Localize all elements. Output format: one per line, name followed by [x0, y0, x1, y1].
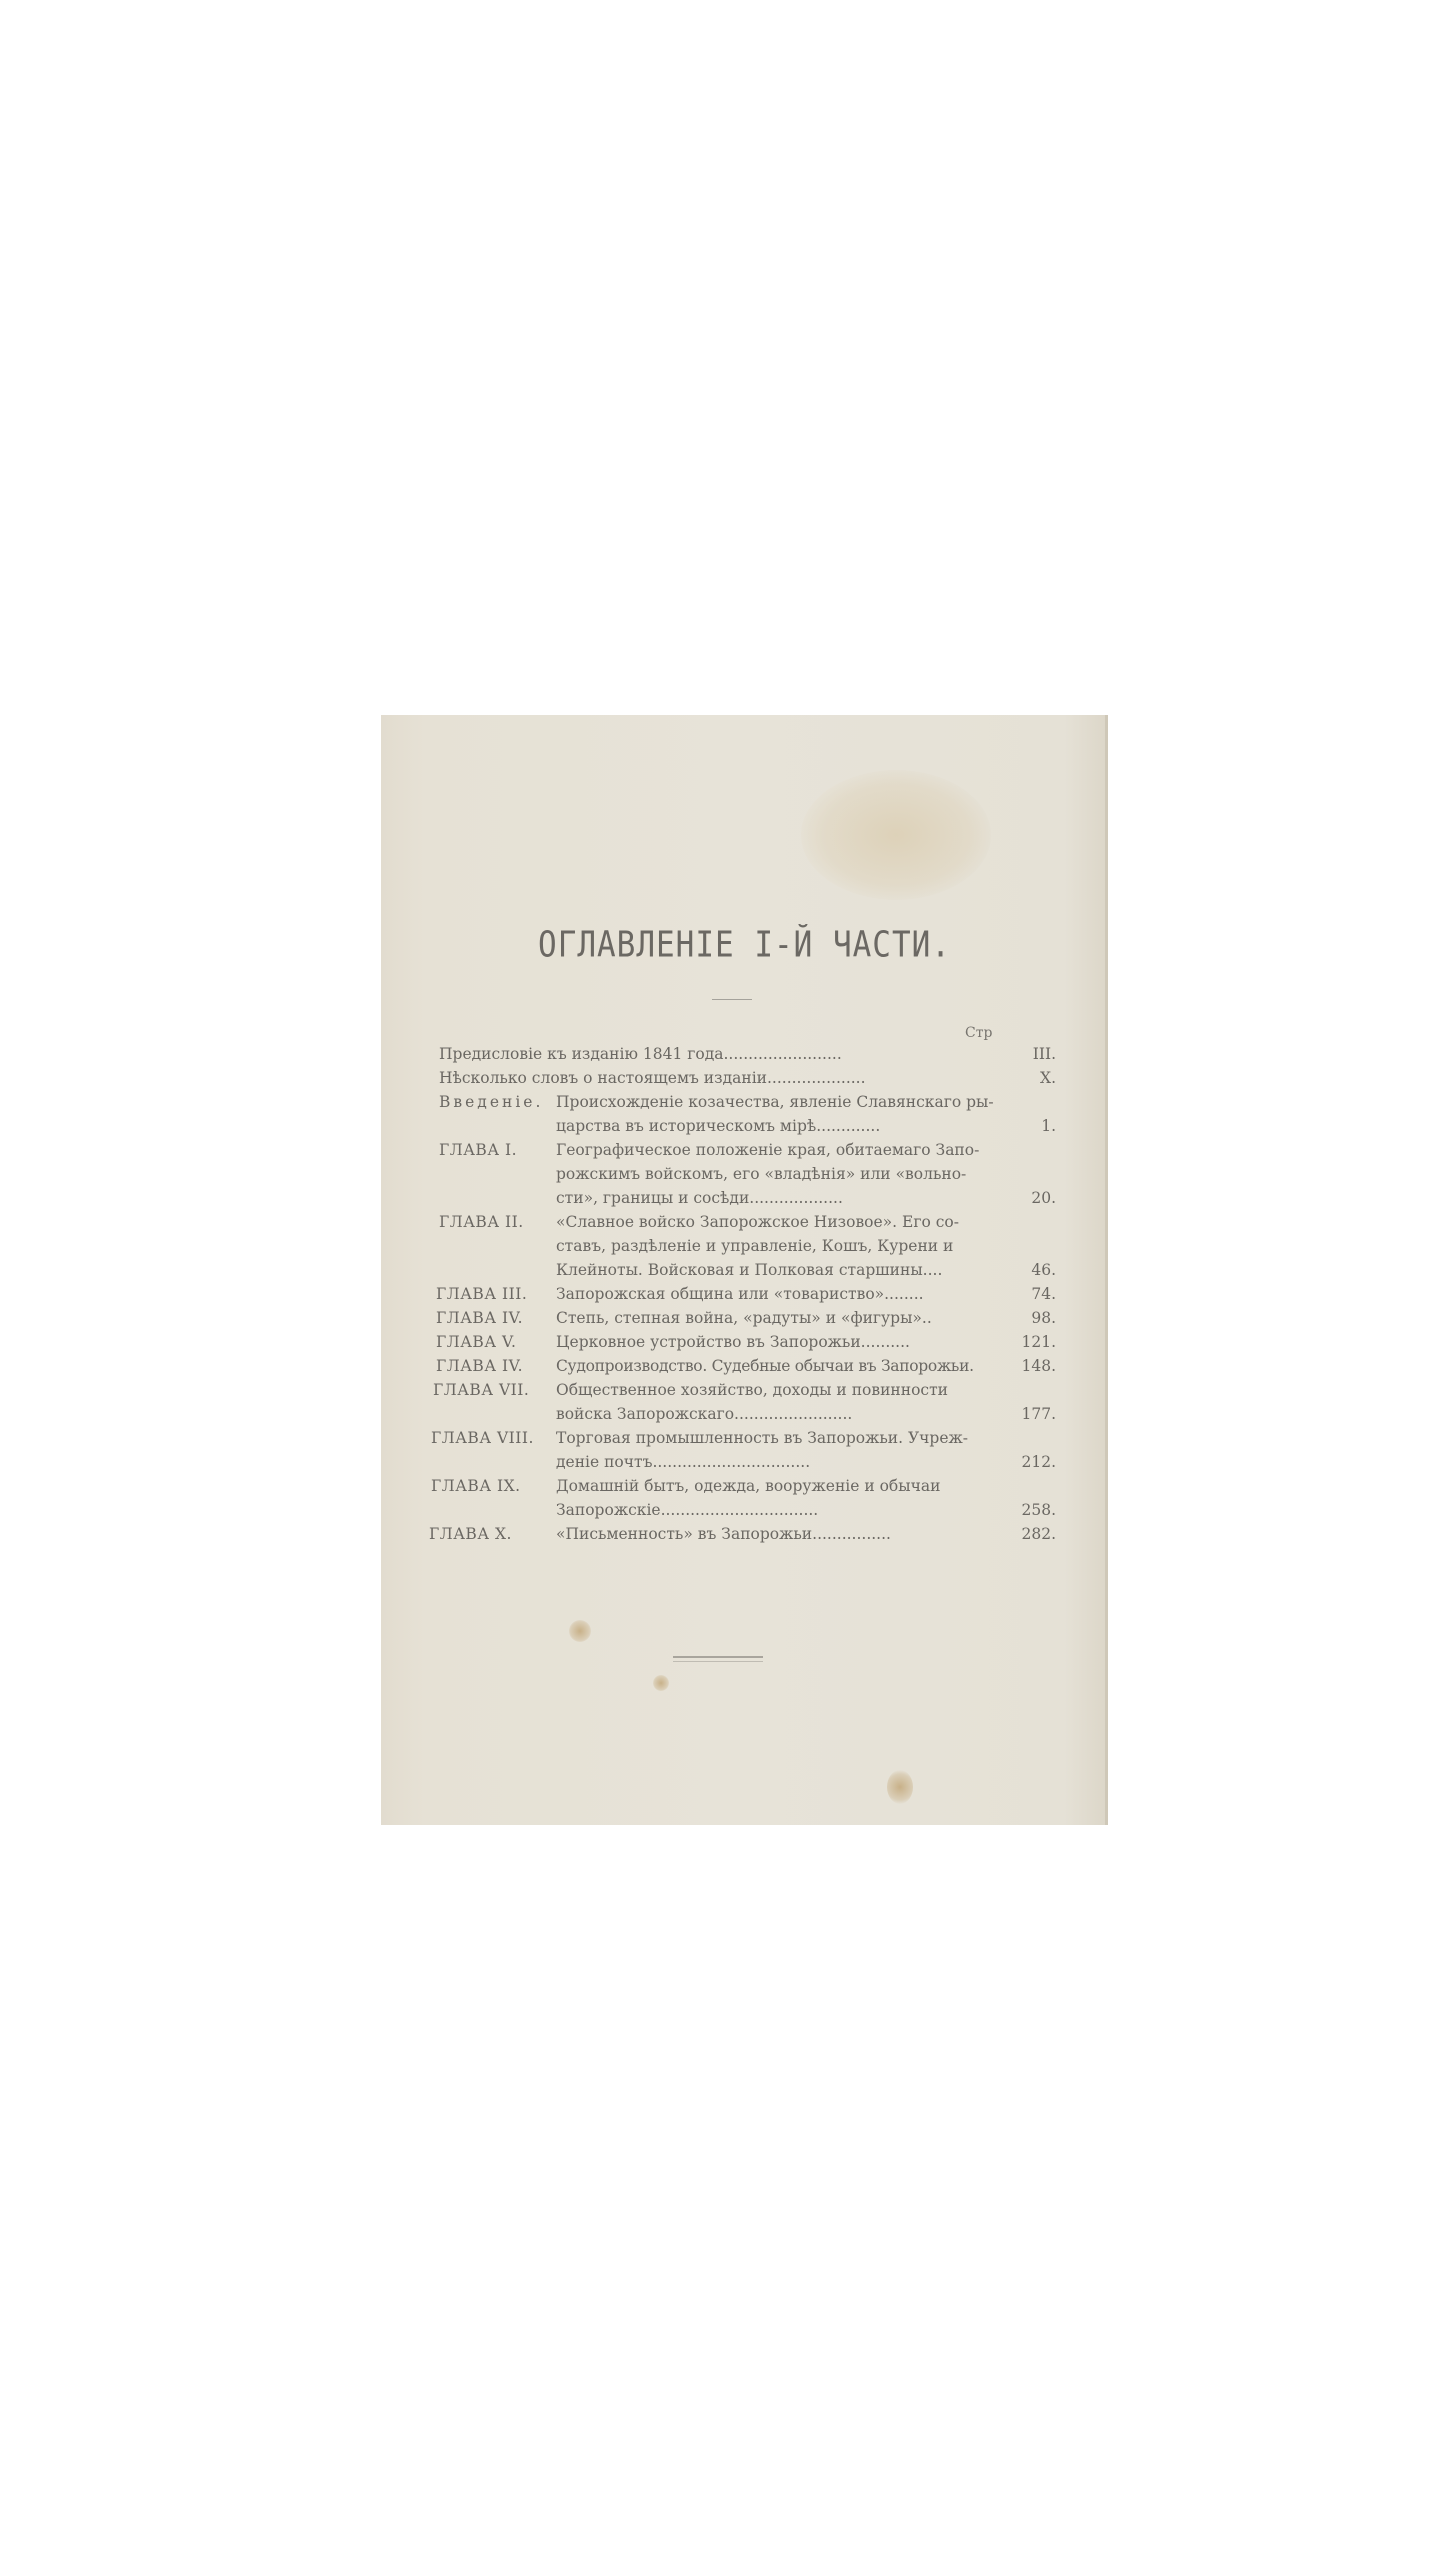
toc-entry-text: Запорожская община или «товариство».....… — [556, 1282, 924, 1306]
toc-entry-text: Географическое положеніе края, обитаемаг… — [556, 1138, 979, 1162]
toc-entry-text: Судопроизводство. Судебные обычаи въ Зап… — [556, 1354, 974, 1378]
toc-entry-text: царства въ историческомъ мірѣ...........… — [556, 1114, 880, 1138]
toc-entry: ГЛАВА II. «Славное войско Запорожское Ни… — [439, 1210, 1059, 1282]
toc-entry-label: ГЛАВА IV. — [436, 1354, 523, 1378]
toc-entry: ГЛАВА I. Географическое положеніе края, … — [439, 1138, 1059, 1210]
toc-entry-text: сти», границы и сосѣди..................… — [556, 1186, 843, 1210]
toc-entry-text: войска Запорожскаго.....................… — [556, 1402, 852, 1426]
toc-entry: ГЛАВА VIII. Торговая промышленность въ З… — [431, 1426, 1051, 1474]
toc-entry-text: Церковное устройство въ Запорожьи.......… — [556, 1330, 910, 1354]
book-page: ОГЛАВЛЕНІЕ І-Й ЧАСТИ. Стр Предисловіе къ… — [381, 715, 1108, 1825]
toc-entry-text: «Славное войско Запорожское Низовое». Ег… — [556, 1210, 959, 1234]
toc-entry-label: ГЛАВА III. — [436, 1282, 527, 1306]
toc-entry-text: Торговая промышленность въ Запорожьи. Уч… — [556, 1426, 968, 1450]
toc-entry-page: 46. — [1016, 1258, 1056, 1282]
toc-entry: ГЛАВА VII. Общественное хозяйство, доход… — [433, 1378, 1053, 1426]
toc-entry-text: Степь, степная война, «радуты» и «фигуры… — [556, 1306, 932, 1330]
toc-entry-text: ставъ, раздѣленіе и управленіе, Кошъ, Ку… — [556, 1234, 953, 1258]
toc-entry-text: Общественное хозяйство, доходы и повинно… — [556, 1378, 948, 1402]
toc-entry-label: Введеніе. — [439, 1090, 543, 1114]
toc-entry-page: 258. — [1016, 1498, 1056, 1522]
toc-entry-page: 177. — [1016, 1402, 1056, 1426]
toc-entry-page: 121. — [1016, 1330, 1056, 1354]
toc-entry-page: 1. — [1016, 1114, 1056, 1138]
toc-entry-text: рожскимъ войскомъ, его «владѣнія» или «в… — [556, 1162, 966, 1186]
toc-entry-page: 282. — [1016, 1522, 1056, 1546]
toc-entry-text: Происхожденіе козачества, явленіе Славян… — [556, 1090, 994, 1114]
toc-entry-page: III. — [1016, 1042, 1056, 1066]
toc-entry-page: 20. — [1016, 1186, 1056, 1210]
toc-entry-page: 98. — [1016, 1306, 1056, 1330]
toc-entry-label: ГЛАВА IX. — [431, 1474, 521, 1498]
toc-entry-page: X. — [1016, 1066, 1056, 1090]
toc-entry: Введеніе. Происхожденіе козачества, явле… — [439, 1090, 1059, 1138]
toc-entry-page: 212. — [1016, 1450, 1056, 1474]
toc-entry-text: Домашній бытъ, одежда, вооруженіе и обыч… — [556, 1474, 940, 1498]
toc-entry-label: ГЛАВА VIII. — [431, 1426, 534, 1450]
toc-entry-text: Клейноты. Войсковая и Полковая старшины.… — [556, 1258, 942, 1282]
toc-entry-text: Нѣсколько словъ о настоящемъ изданіи....… — [439, 1066, 866, 1090]
toc-entry-page: 148. — [1016, 1354, 1056, 1378]
bottom-ornament-rule — [673, 1656, 763, 1662]
toc-entry-label: ГЛАВА VII. — [433, 1378, 529, 1402]
toc-entry: ГЛАВА IX. Домашній бытъ, одежда, вооруже… — [431, 1474, 1051, 1522]
toc-entry-text: деніе почтъ.............................… — [556, 1450, 810, 1474]
toc-entry-text: Предисловіе къ изданію 1841 года........… — [439, 1042, 842, 1066]
toc-entry-text: Запорожскіе.............................… — [556, 1498, 818, 1522]
toc-entry-label: ГЛАВА I. — [439, 1138, 517, 1162]
toc-entry-label: ГЛАВА IV. — [436, 1306, 523, 1330]
toc-entry-label: ГЛАВА II. — [439, 1210, 524, 1234]
toc-entry-page: 74. — [1016, 1282, 1056, 1306]
toc-entry-label: ГЛАВА X. — [429, 1522, 512, 1546]
toc-entry-label: ГЛАВА V. — [436, 1330, 516, 1354]
toc-entry-text: «Письменность» въ Запорожьи.............… — [556, 1522, 891, 1546]
